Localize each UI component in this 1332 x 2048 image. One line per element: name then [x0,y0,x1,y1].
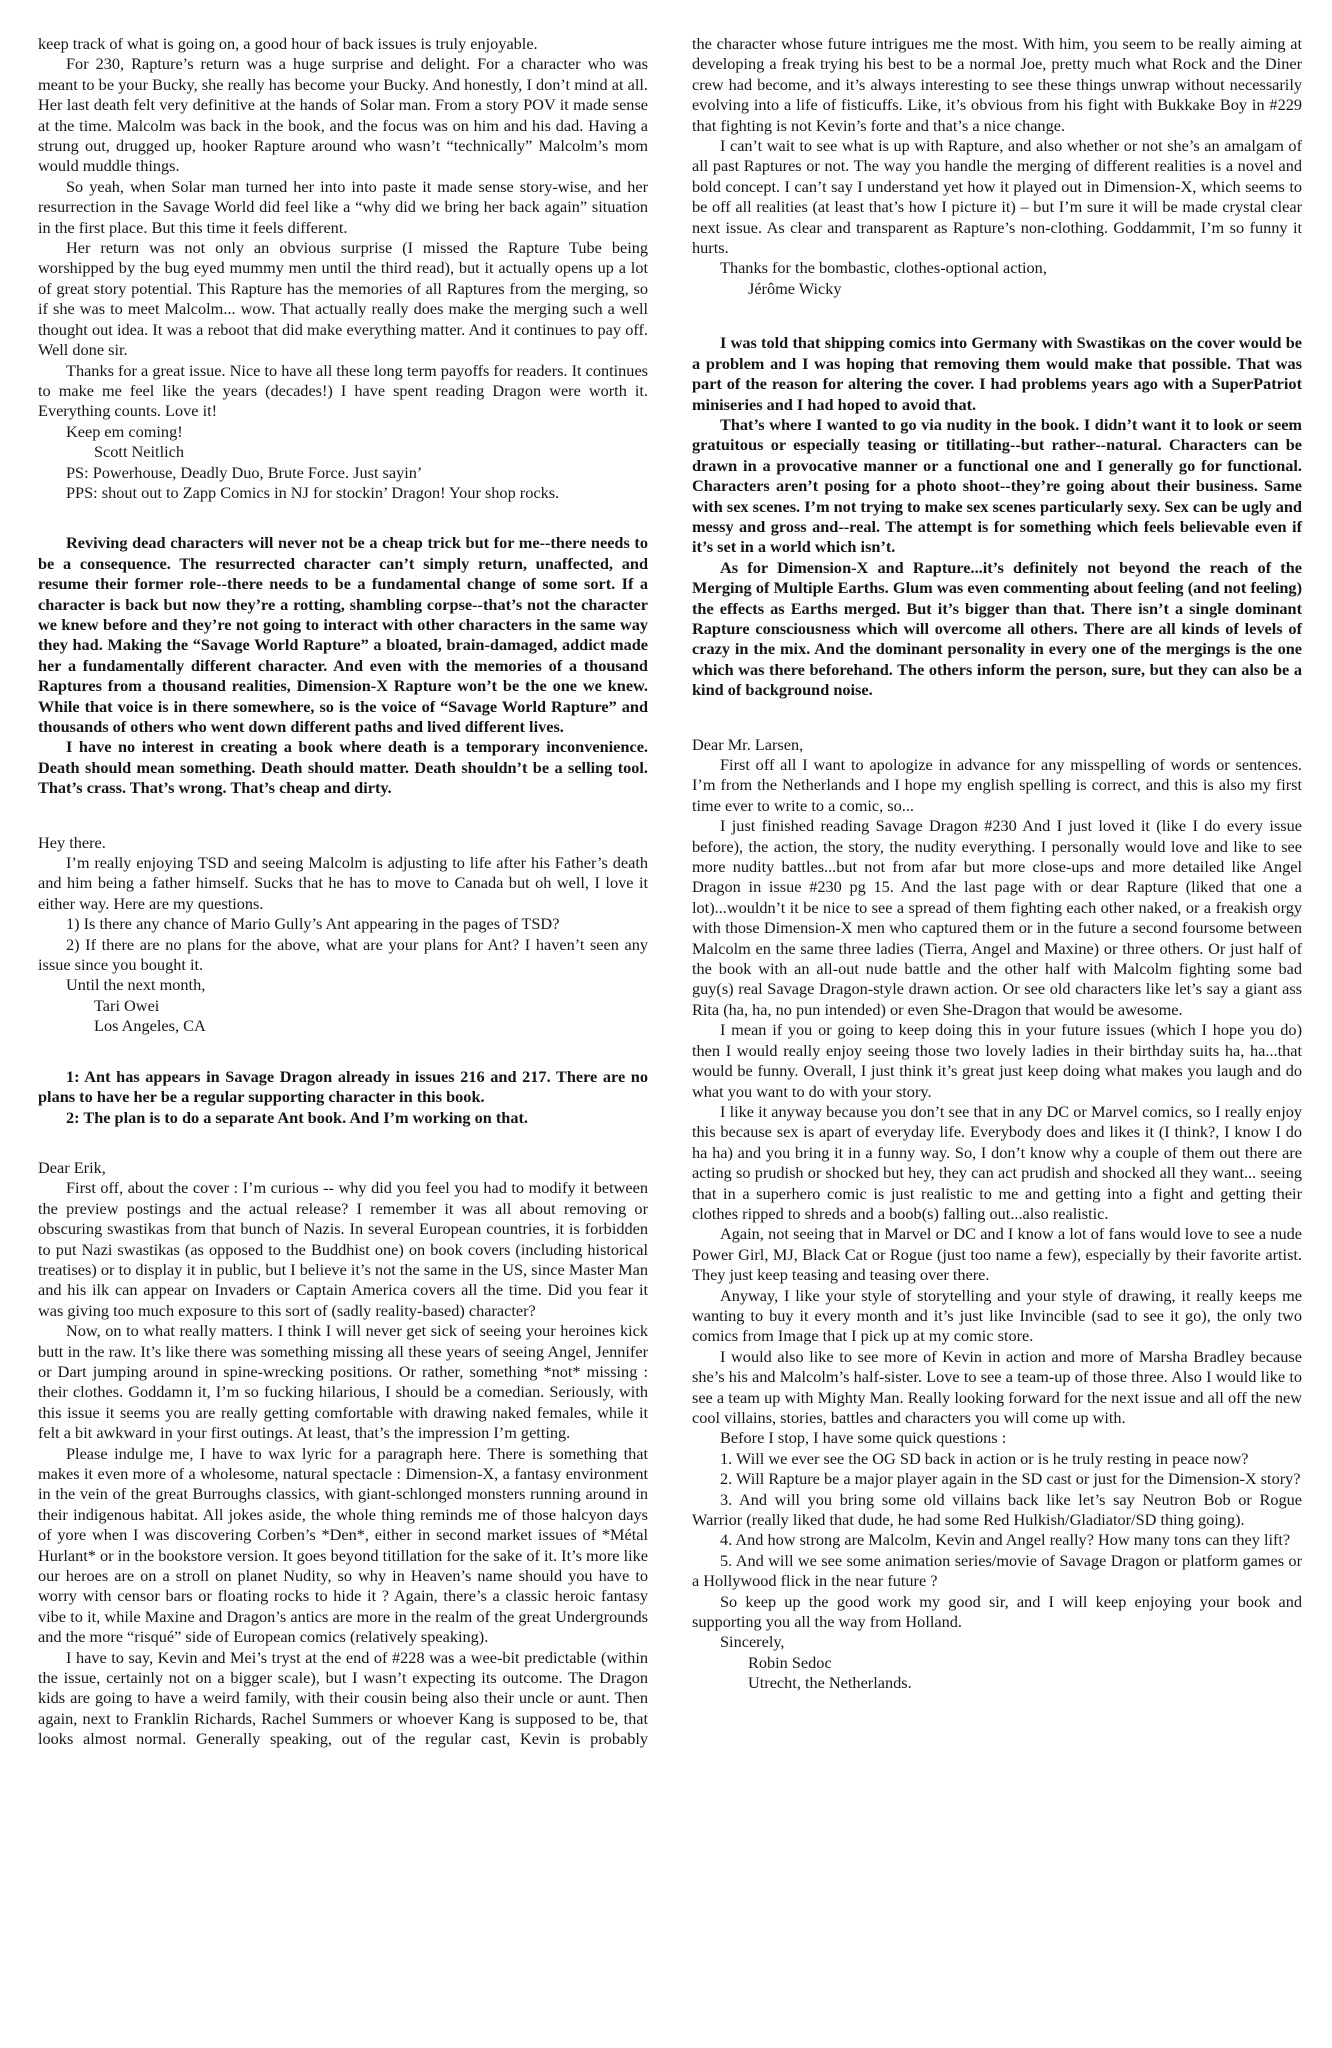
section-gap [692,299,1302,333]
letter-paragraph: Again, not seeing that in Marvel or DC a… [692,1224,1302,1285]
letter-paragraph: Keep em coming! [38,422,648,442]
letter-paragraph: So keep up the good work my good sir, an… [692,1592,1302,1633]
letter-paragraph: I’m really enjoying TSD and seeing Malco… [38,853,648,914]
letter-paragraph: 4. And how strong are Malcolm, Kevin and… [692,1530,1302,1550]
letter-paragraph: 5. And will we see some animation series… [692,1551,1302,1592]
letter-paragraph: Until the next month, [38,975,648,995]
letter-paragraph: Now, on to what really matters. I think … [38,1321,648,1443]
signature-line: Los Angeles, CA [38,1016,648,1036]
signature-line: Tari Owei [38,996,648,1016]
letter-paragraph: I like it anyway because you don’t see t… [692,1102,1302,1224]
letter-paragraph: First off, about the cover : I’m curious… [38,1178,648,1321]
letter-paragraph: Before I stop, I have some quick questio… [692,1428,1302,1448]
editor-reply-paragraph: 1: Ant has appears in Savage Dragon alre… [38,1067,648,1108]
letter-paragraph: First off all I want to apologize in adv… [692,755,1302,816]
letters-page: keep track of what is going on, a good h… [0,0,1332,2048]
letter-paragraph: I can’t wait to see what is up with Rapt… [692,136,1302,258]
letter-paragraph: I have to say, Kevin and Mei’s tryst at … [38,1648,648,1750]
letter-paragraph: Sincerely, [692,1632,1302,1652]
letter-paragraph: Thanks for a great issue. Nice to have a… [38,361,648,422]
letter-paragraph: Dear Erik, [38,1158,648,1178]
editor-reply-paragraph: 2: The plan is to do a separate Ant book… [38,1108,648,1128]
signature-line: Scott Neitlich [38,442,648,462]
letter-paragraph: Dear Mr. Larsen, [692,735,1302,755]
editor-reply-paragraph: I was told that shipping comics into Ger… [692,333,1302,415]
letter-paragraph: Thanks for the bombastic, clothes-option… [692,258,1302,278]
editor-reply-paragraph: As for Dimension-X and Rapture...it’s de… [692,558,1302,701]
letter-paragraph: Anyway, I like your style of storytellin… [692,1286,1302,1347]
section-gap [38,799,648,833]
left-column: keep track of what is going on, a good h… [38,34,648,2048]
signature-line: Utrecht, the Netherlands. [692,1673,1302,1693]
signature-line: Jérôme Wicky [692,279,1302,299]
letter-paragraph: 1) Is there any chance of Mario Gully’s … [38,914,648,934]
editor-reply-paragraph: Reviving dead characters will never not … [38,533,648,737]
letter-paragraph: Her return was not only an obvious surpr… [38,238,648,360]
letter-paragraph: So yeah, when Solar man turned her into … [38,177,648,238]
right-column: the character whose future intrigues me … [692,34,1302,2048]
letter-paragraph: Please indulge me, I have to wax lyric f… [38,1444,648,1648]
signature-line: Robin Sedoc [692,1653,1302,1673]
editor-reply-paragraph: I have no interest in creating a book wh… [38,737,648,798]
letter-paragraph: the character whose future intrigues me … [692,34,1302,136]
letter-paragraph: Hey there. [38,833,648,853]
letter-paragraph: I would also like to see more of Kevin i… [692,1347,1302,1429]
letter-paragraph: PPS: shout out to Zapp Comics in NJ for … [38,483,648,503]
section-gap [38,503,648,533]
letter-paragraph: PS: Powerhouse, Deadly Duo, Brute Force.… [38,463,648,483]
letter-paragraph: I just finished reading Savage Dragon #2… [692,816,1302,1020]
letter-paragraph: 2) If there are no plans for the above, … [38,935,648,976]
letter-paragraph: 3. And will you bring some old villains … [692,1490,1302,1531]
letter-paragraph: keep track of what is going on, a good h… [38,34,648,54]
section-gap [38,1037,648,1067]
letter-paragraph: For 230, Rapture’s return was a huge sur… [38,54,648,176]
letter-paragraph: 1. Will we ever see the OG SD back in ac… [692,1449,1302,1469]
editor-reply-paragraph: That’s where I wanted to go via nudity i… [692,415,1302,558]
section-gap [692,701,1302,735]
section-gap [38,1128,648,1158]
letter-paragraph: I mean if you or going to keep doing thi… [692,1020,1302,1102]
letter-paragraph: 2. Will Rapture be a major player again … [692,1469,1302,1489]
